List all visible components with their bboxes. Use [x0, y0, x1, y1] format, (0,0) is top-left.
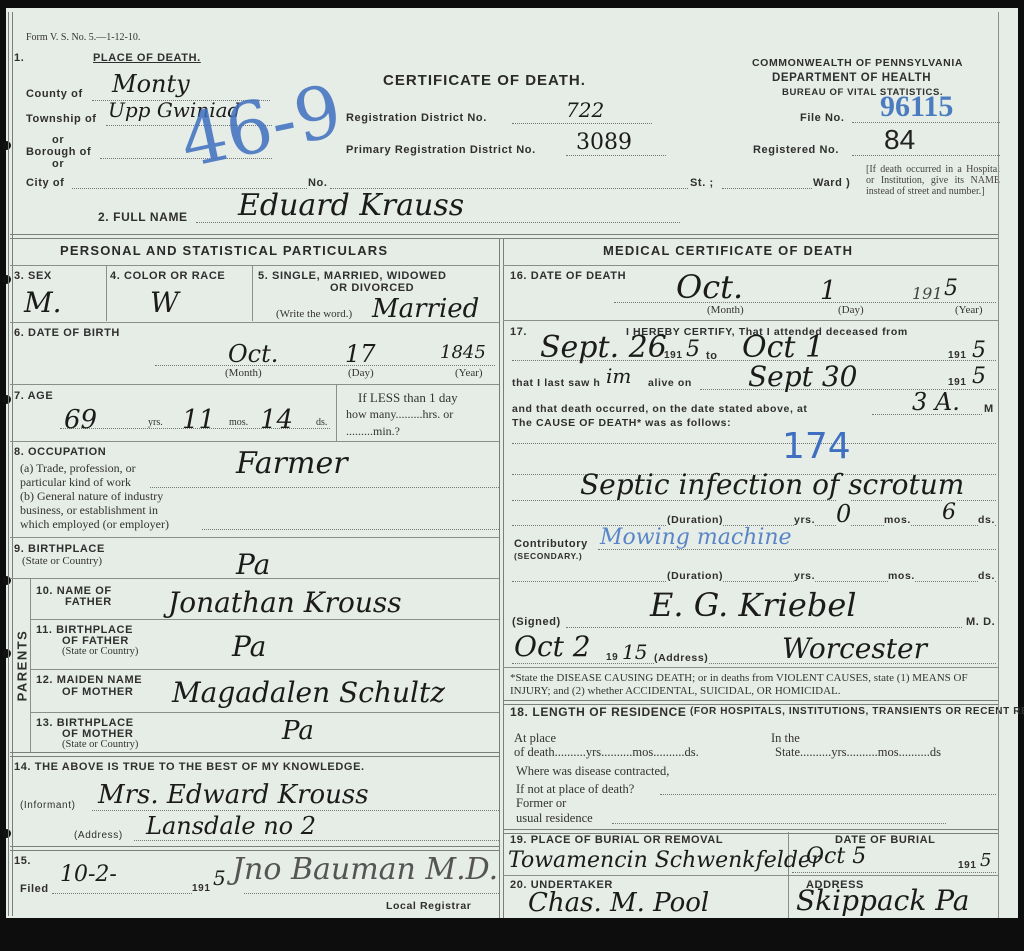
- death-time: 3 A.: [912, 388, 960, 416]
- less-day-hint: If LESS than 1 day: [358, 390, 458, 406]
- where-contracted-label: Where was disease contracted,: [516, 764, 669, 779]
- mos-caption: mos.: [888, 570, 915, 582]
- age-months: 11: [182, 405, 215, 435]
- last-saw-label: that I last saw h: [512, 377, 600, 389]
- full-name-value: Eduard Krauss: [238, 188, 464, 223]
- year-caption: (Year): [955, 304, 983, 316]
- dod-year-suffix: 5: [944, 276, 958, 301]
- dod-month: Oct.: [676, 268, 743, 306]
- informant-address-label: (Address): [74, 830, 123, 841]
- signed-year-prefix: 19: [606, 652, 618, 663]
- section-1-number: 1.: [14, 52, 24, 64]
- ds-caption: ds.: [978, 570, 995, 582]
- section-17-number: 17.: [510, 326, 527, 338]
- or-label: or: [52, 158, 64, 170]
- ds-caption: ds.: [978, 514, 995, 526]
- occupation-hint-a2: particular kind of work: [20, 475, 131, 490]
- certificate-title: CERTIFICATE OF DEATH.: [383, 72, 586, 89]
- duration-label: (Duration): [667, 570, 723, 582]
- burial-year-suffix: 5: [980, 850, 991, 871]
- file-no-label: File No.: [800, 112, 845, 124]
- dob-day: 17: [345, 340, 376, 368]
- age-days: 14: [260, 405, 293, 435]
- where-contracted-label-2: If not at place of death?: [516, 782, 634, 797]
- residence-sublabel: (FOR HOSPITALS, INSTITUTIONS, TRANSIENTS…: [690, 706, 1024, 717]
- yrs-caption: yrs.: [794, 514, 815, 526]
- borough-label: Borough of: [26, 146, 91, 158]
- or-label: or: [52, 134, 64, 146]
- registered-no-label: Registered No.: [753, 144, 839, 156]
- marital-label: 5. SINGLE, MARRIED, WIDOWED: [258, 270, 447, 282]
- filed-year-prefix: 191: [192, 883, 211, 894]
- state-country-hint: (State or Country): [62, 739, 138, 750]
- medical-heading: MEDICAL CERTIFICATE OF DEATH: [603, 243, 853, 258]
- year-caption: (Year): [455, 367, 483, 379]
- at-place-fields: of death..........yrs..........mos......…: [514, 745, 699, 760]
- cause-duration-days: 6: [942, 500, 956, 525]
- filed-label: Filed: [20, 883, 49, 895]
- dod-year-prefix: 191: [912, 284, 943, 303]
- yrs-caption: yrs.: [794, 570, 815, 582]
- right-border: [998, 12, 999, 918]
- undertaker-address-value: Skippack Pa: [796, 884, 969, 917]
- write-word-hint: (Write the word.): [276, 308, 352, 320]
- column-divider: [499, 238, 504, 918]
- in-state-label: In the: [771, 731, 800, 746]
- informant-address-value: Lansdale no 2: [146, 812, 316, 840]
- day-caption: (Day): [348, 367, 374, 379]
- registration-district-value: 722: [566, 98, 604, 122]
- mos-caption: mos.: [884, 514, 911, 526]
- former-residence-label: Former or: [516, 796, 566, 811]
- mos-caption: mos.: [229, 417, 248, 428]
- issuer-line-1: COMMONWEALTH OF PENNSYLVANIA: [752, 57, 963, 69]
- full-name-label: 2. FULL NAME: [98, 210, 188, 224]
- mother-name-label: 12. MAIDEN NAME: [36, 674, 142, 686]
- race-value: W: [150, 286, 179, 319]
- informant-value: Mrs. Edward Krouss: [98, 780, 369, 810]
- township-label: Township of: [26, 113, 97, 125]
- meridiem-label: M: [984, 403, 994, 415]
- signed-label: (Signed): [512, 616, 561, 628]
- personal-heading: PERSONAL AND STATISTICAL PARTICULARS: [60, 243, 388, 258]
- primary-registration-value: 3089: [576, 130, 632, 155]
- undertaker-value: Chas. M. Pool: [528, 888, 709, 918]
- birthplace-label: 9. BIRTHPLACE: [14, 543, 105, 555]
- occupation-hint-b3: which employed (or employer): [20, 517, 169, 532]
- attended-to-year-prefix: 191: [948, 350, 967, 361]
- form-number: Form V. S. No. 5.—1-12-10.: [26, 32, 140, 43]
- state-country-hint: (State or Country): [62, 646, 138, 657]
- month-caption: (Month): [225, 367, 262, 379]
- file-no-stamp: 96115: [880, 90, 953, 124]
- mother-birthplace-value: Pa: [282, 716, 314, 746]
- registrar-signature: Jno Bauman M.D.: [232, 852, 498, 887]
- filed-date: 10-2-: [60, 862, 117, 887]
- dob-year: 1845: [440, 342, 486, 363]
- physician-signature: E. G. Kriebel: [650, 586, 857, 624]
- father-birthplace-value: Pa: [232, 630, 266, 663]
- hospital-note: [If death occurred in a Hospital or Inst…: [866, 164, 1000, 197]
- ward-label: Ward ): [813, 177, 850, 189]
- filed-year-suffix: 5: [213, 866, 226, 890]
- marital-label-2: OR DIVORCED: [330, 282, 414, 294]
- mother-name-label-2: OF MOTHER: [62, 686, 133, 698]
- in-state-fields: State..........yrs..........mos.........…: [775, 745, 941, 760]
- father-name-label-2: FATHER: [65, 596, 112, 608]
- alive-on-label: alive on: [648, 377, 692, 389]
- at-place-label: At place: [514, 731, 556, 746]
- age-label: 7. AGE: [14, 390, 53, 402]
- attended-from-year-prefix: 191: [664, 350, 683, 361]
- to-label: to: [706, 350, 718, 362]
- former-residence-label-2: usual residence: [516, 811, 593, 826]
- sex-label: 3. SEX: [14, 270, 52, 282]
- physician-address-label: (Address): [654, 652, 708, 664]
- issuer-line-2: DEPARTMENT OF HEALTH: [772, 72, 931, 84]
- signed-date: Oct 2: [514, 630, 591, 663]
- last-saw-year: 5: [972, 364, 986, 389]
- less-day-hint-3: .........min.?: [346, 424, 400, 439]
- last-saw-date: Sept 30: [748, 360, 857, 393]
- burial-year-prefix: 191: [958, 860, 977, 871]
- registered-no-value: 84: [884, 124, 915, 156]
- local-registrar-label: Local Registrar: [386, 900, 471, 912]
- registration-district-label: Registration District No.: [346, 112, 487, 124]
- father-name-value: Jonathan Krouss: [168, 586, 402, 619]
- footnote: *State the DISEASE CAUSING DEATH; or in …: [510, 672, 996, 698]
- last-saw-year-prefix: 191: [948, 377, 967, 388]
- burial-place-label: 19. PLACE OF BURIAL OR REMOVAL: [510, 834, 723, 846]
- dod-label: 16. DATE OF DEATH: [510, 270, 626, 282]
- contributory-value: Mowing machine: [600, 525, 792, 550]
- burial-place-value: Towamencin Schwenkfelder: [508, 848, 821, 873]
- ds-caption: ds.: [316, 417, 327, 428]
- cause-duration-months: 0: [836, 500, 851, 528]
- state-country-hint: (State or Country): [22, 555, 102, 567]
- section-15-number: 15.: [14, 855, 31, 867]
- parents-label: PARENTS: [14, 630, 29, 702]
- attended-to-year: 5: [972, 338, 986, 363]
- county-value: Monty: [112, 70, 190, 98]
- cause-label: The CAUSE OF DEATH* was as follows:: [512, 417, 731, 429]
- yrs-caption: yrs.: [148, 417, 163, 428]
- age-years: 69: [64, 405, 97, 435]
- burial-date-value: Oct 5: [806, 844, 866, 869]
- city-label: City of: [26, 177, 64, 189]
- dod-day: 1: [820, 276, 837, 306]
- occupation-hint-b2: business, or establishment in: [20, 503, 158, 518]
- month-caption: (Month): [707, 304, 744, 316]
- attestation-label: 14. THE ABOVE IS TRUE TO THE BEST OF MY …: [14, 761, 365, 773]
- cause-code: 174: [782, 426, 851, 467]
- day-caption: (Day): [838, 304, 864, 316]
- birthplace-value: Pa: [236, 548, 270, 581]
- street-label: St. ;: [690, 177, 714, 189]
- race-label: 4. COLOR OR RACE: [110, 270, 225, 282]
- dob-label: 6. DATE OF BIRTH: [14, 327, 120, 339]
- md-label: M. D.: [966, 616, 995, 628]
- sex-value: M.: [24, 286, 62, 319]
- dob-month: Oct.: [228, 340, 278, 368]
- contributory-label: Contributory: [514, 538, 588, 550]
- occupation-hint-a1: (a) Trade, profession, or: [20, 461, 136, 476]
- informant-label: (Informant): [20, 800, 76, 811]
- residence-label: 18. LENGTH OF RESIDENCE: [510, 705, 687, 719]
- signed-year-suffix: 15: [622, 640, 647, 664]
- cause-value: Septic infection of scrotum: [580, 468, 964, 501]
- mother-name-value: Magadalen Schultz: [172, 676, 445, 709]
- death-time-label: and that death occurred, on the date sta…: [512, 403, 808, 415]
- secondary-label: (SECONDARY.): [514, 551, 582, 561]
- county-label: County of: [26, 88, 83, 100]
- attended-from-year: 5: [686, 337, 700, 362]
- attended-from: Sept. 26: [540, 330, 667, 365]
- place-of-death-heading: PLACE OF DEATH.: [93, 52, 201, 64]
- occupation-label: 8. OCCUPATION: [14, 446, 106, 458]
- left-border: [8, 12, 13, 916]
- occupation-hint-b1: (b) General nature of industry: [20, 489, 163, 504]
- physician-address: Worcester: [782, 632, 927, 665]
- less-day-hint-2: how many.........hrs. or: [346, 407, 453, 422]
- primary-registration-label: Primary Registration District No.: [346, 144, 536, 156]
- marital-value: Married: [372, 294, 479, 324]
- last-saw-pronoun: im: [606, 364, 631, 388]
- occupation-value: Farmer: [236, 446, 348, 481]
